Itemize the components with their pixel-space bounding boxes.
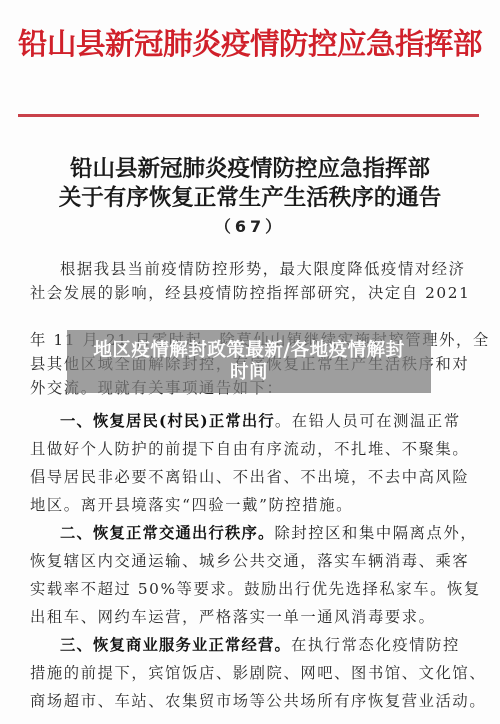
section-3-heading: 三、恢复商业服务业正常经营。 <box>60 636 291 654</box>
body-line: 商场超市、车站、农集贸市场等公共场所有序恢复营业活动。 <box>30 689 470 713</box>
section-1-first-line: 一、恢复居民(村民)正常出行。在铅人员可在测温正常 <box>30 409 470 433</box>
body-line: 地区。离开县境落实“四验一戴”防控措施。 <box>30 493 470 517</box>
body-line: 根据我县当前疫情防控形势，最大限度降低疫情对经济 <box>30 257 470 281</box>
section-2-heading: 二、恢复正常交通出行秩序。 <box>60 524 274 542</box>
document-title-line-1: 铅山县新冠肺炎疫情防控应急指挥部 <box>0 154 500 184</box>
document-title-line-2: 关于有序恢复正常生产生活秩序的通告 <box>0 183 500 213</box>
body-line: 社会发展的影响，经县疫情防控指挥部研究，决定自 2021 <box>30 281 470 305</box>
body-line: 出租车、网约车运营，严格落实一单一通风消毒要求。 <box>30 605 470 629</box>
caption-overlay: 地区疫情解封政策最新/各地疫情解封时间 <box>67 330 431 393</box>
section-3-first-line: 三、恢复商业服务业正常经营。在执行常态化疫情防控 <box>30 633 470 657</box>
body-line: 倡导居民非必要不离铅山、不出省、不出境，不去中高风险 <box>30 465 470 489</box>
issuer-header: 铅山县新冠肺炎疫情防控应急指挥部 <box>0 24 500 64</box>
body-text: 。在铅人员可在测温正常 <box>275 412 461 430</box>
document-page: 铅山县新冠肺炎疫情防控应急指挥部 铅山县新冠肺炎疫情防控应急指挥部 关于有序恢复… <box>0 0 500 724</box>
overlay-title: 地区疫情解封政策最新/各地疫情解封时间 <box>84 340 414 384</box>
body-line: 措施的前提下，宾馆饭店、影剧院、网吧、图书馆、文化馆、 <box>30 661 470 685</box>
section-2-first-line: 二、恢复正常交通出行秩序。除封控区和集中隔离点外， <box>30 521 470 545</box>
notice-number: （67） <box>0 214 500 237</box>
body-text: 在执行常态化疫情防控 <box>291 636 460 654</box>
red-divider <box>18 114 479 117</box>
section-1-heading: 一、恢复居民(村民)正常出行 <box>60 412 275 430</box>
body-line: 恢复辖区内交通运输、城乡公共交通，落实车辆消毒、乘客 <box>30 549 470 573</box>
body-text: 除封控区和集中隔离点外， <box>274 524 477 542</box>
body-line: 且做好个人防护的前提下自由有序流动，不扎堆、不聚集。 <box>30 437 470 461</box>
body-line: 实载率不超过 50%等要求。鼓励出行优先选择私家车。恢复 <box>30 577 470 601</box>
